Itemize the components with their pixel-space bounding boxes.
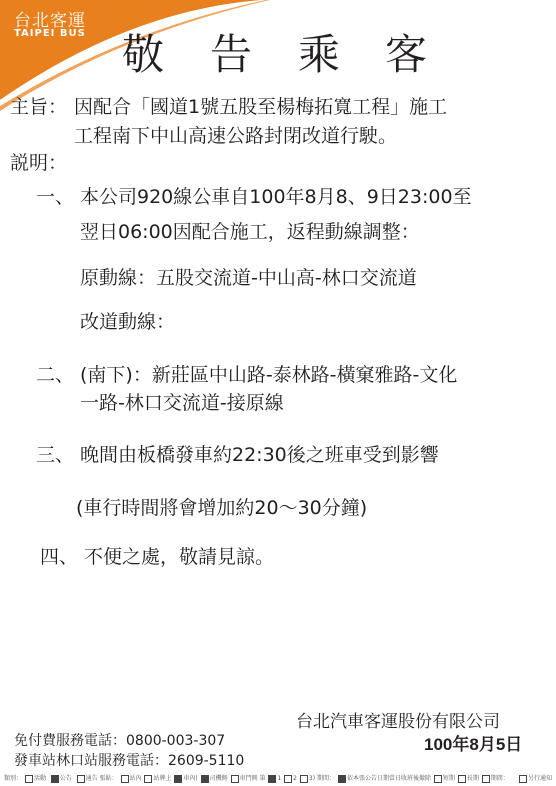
checkbox	[174, 775, 182, 783]
checkbox-label: 2	[293, 775, 297, 782]
explanation-label: 説明：	[10, 148, 67, 175]
checkbox	[519, 775, 527, 783]
posting-label: 張貼：	[100, 775, 118, 782]
checkbox	[338, 775, 346, 783]
footer-notice: 另行通知	[518, 773, 552, 783]
title-char: 乘	[298, 22, 340, 82]
detour-route-label: 改道動線：	[80, 307, 175, 334]
period-label: 期間：	[317, 775, 335, 782]
checkbox-label: 另行通知	[528, 775, 552, 782]
item-4-line-1: 不便之處，敬請見諒。	[84, 542, 274, 569]
checkbox-label: 站內	[130, 775, 142, 782]
toll-free-phone: 免付費服務電話：0800-003-307	[14, 730, 225, 750]
checkbox-label: 長期	[467, 775, 479, 782]
title-char: 敬	[122, 22, 164, 82]
checkbox	[77, 775, 85, 783]
subject-label: 主旨：	[10, 92, 67, 119]
item-marker: 四、	[40, 542, 78, 569]
checkbox-label: 依本張公告日期當日收班後撤除	[347, 775, 431, 782]
item-3-line-2: (車行時間將會增加約20～30分鐘)	[76, 493, 367, 520]
item-2-line-2: 一路-林口交流道-接原線	[80, 388, 284, 415]
item-marker: 一、	[36, 182, 74, 209]
issuer-date: 100年8月5日	[424, 730, 522, 755]
checkbox-label: 公告	[60, 775, 72, 782]
checkbox	[121, 775, 129, 783]
checkbox	[231, 775, 239, 783]
item-3-line-1: 晚間由板橋發車約22:30後之班車受到影響	[80, 440, 439, 467]
checkbox-label: 1	[277, 775, 281, 782]
checkbox-label: 車內(	[183, 775, 197, 782]
checkbox-label: 站牌上	[153, 775, 171, 782]
subject-line-2: 工程南下中山高速公路封閉改道行駛。	[74, 121, 397, 148]
checkbox	[201, 775, 209, 783]
footer-checklist: 類別： 活動 公告 通告 張貼： 站內 站牌上 車內( 司機側 車門側 第 1 …	[4, 773, 509, 783]
checkbox-label: 活動	[34, 775, 46, 782]
title-char: 告	[210, 22, 252, 82]
item-2-line-1: (南下)：新莊區中山路-泰林路-橫窠雅路-文化	[80, 360, 457, 387]
checkbox-label: 3)	[309, 775, 315, 782]
checkbox	[482, 775, 490, 783]
subject-line-1: 因配合「國道1號五股至楊梅拓寬工程」施工	[74, 92, 447, 119]
item-marker: 二、	[36, 360, 74, 387]
original-route: 原動線：五股交流道-中山高-林口交流道	[80, 263, 417, 290]
issuer-company: 台北汽車客運股份有限公司	[296, 707, 500, 732]
checkbox-label: 短期	[443, 775, 455, 782]
item-1-line-1: 本公司920線公車自100年8月8、9日23:00至	[80, 182, 472, 209]
checkbox	[434, 775, 442, 783]
item-marker: 三、	[36, 440, 74, 467]
checkbox-label: 期間：	[491, 775, 509, 782]
checkbox	[300, 775, 308, 783]
item-1-line-2: 翌日06:00因配合施工，返程動線調整：	[80, 217, 420, 244]
station-phone: 發車站林口站服務電話：2609-5110	[14, 750, 244, 770]
logo-english: TAIPEI BUS	[14, 28, 86, 39]
checkbox	[284, 775, 292, 783]
checkbox-label: 司機側	[210, 775, 228, 782]
checkbox	[268, 775, 276, 783]
checkbox-label: 車門側 第	[240, 775, 266, 782]
checkbox	[51, 775, 59, 783]
checkbox	[458, 775, 466, 783]
checkbox	[144, 775, 152, 783]
checkbox	[25, 775, 33, 783]
checkbox-label: 通告	[86, 775, 98, 782]
title-char: 客	[385, 22, 427, 82]
category-label: 類別：	[4, 775, 22, 782]
